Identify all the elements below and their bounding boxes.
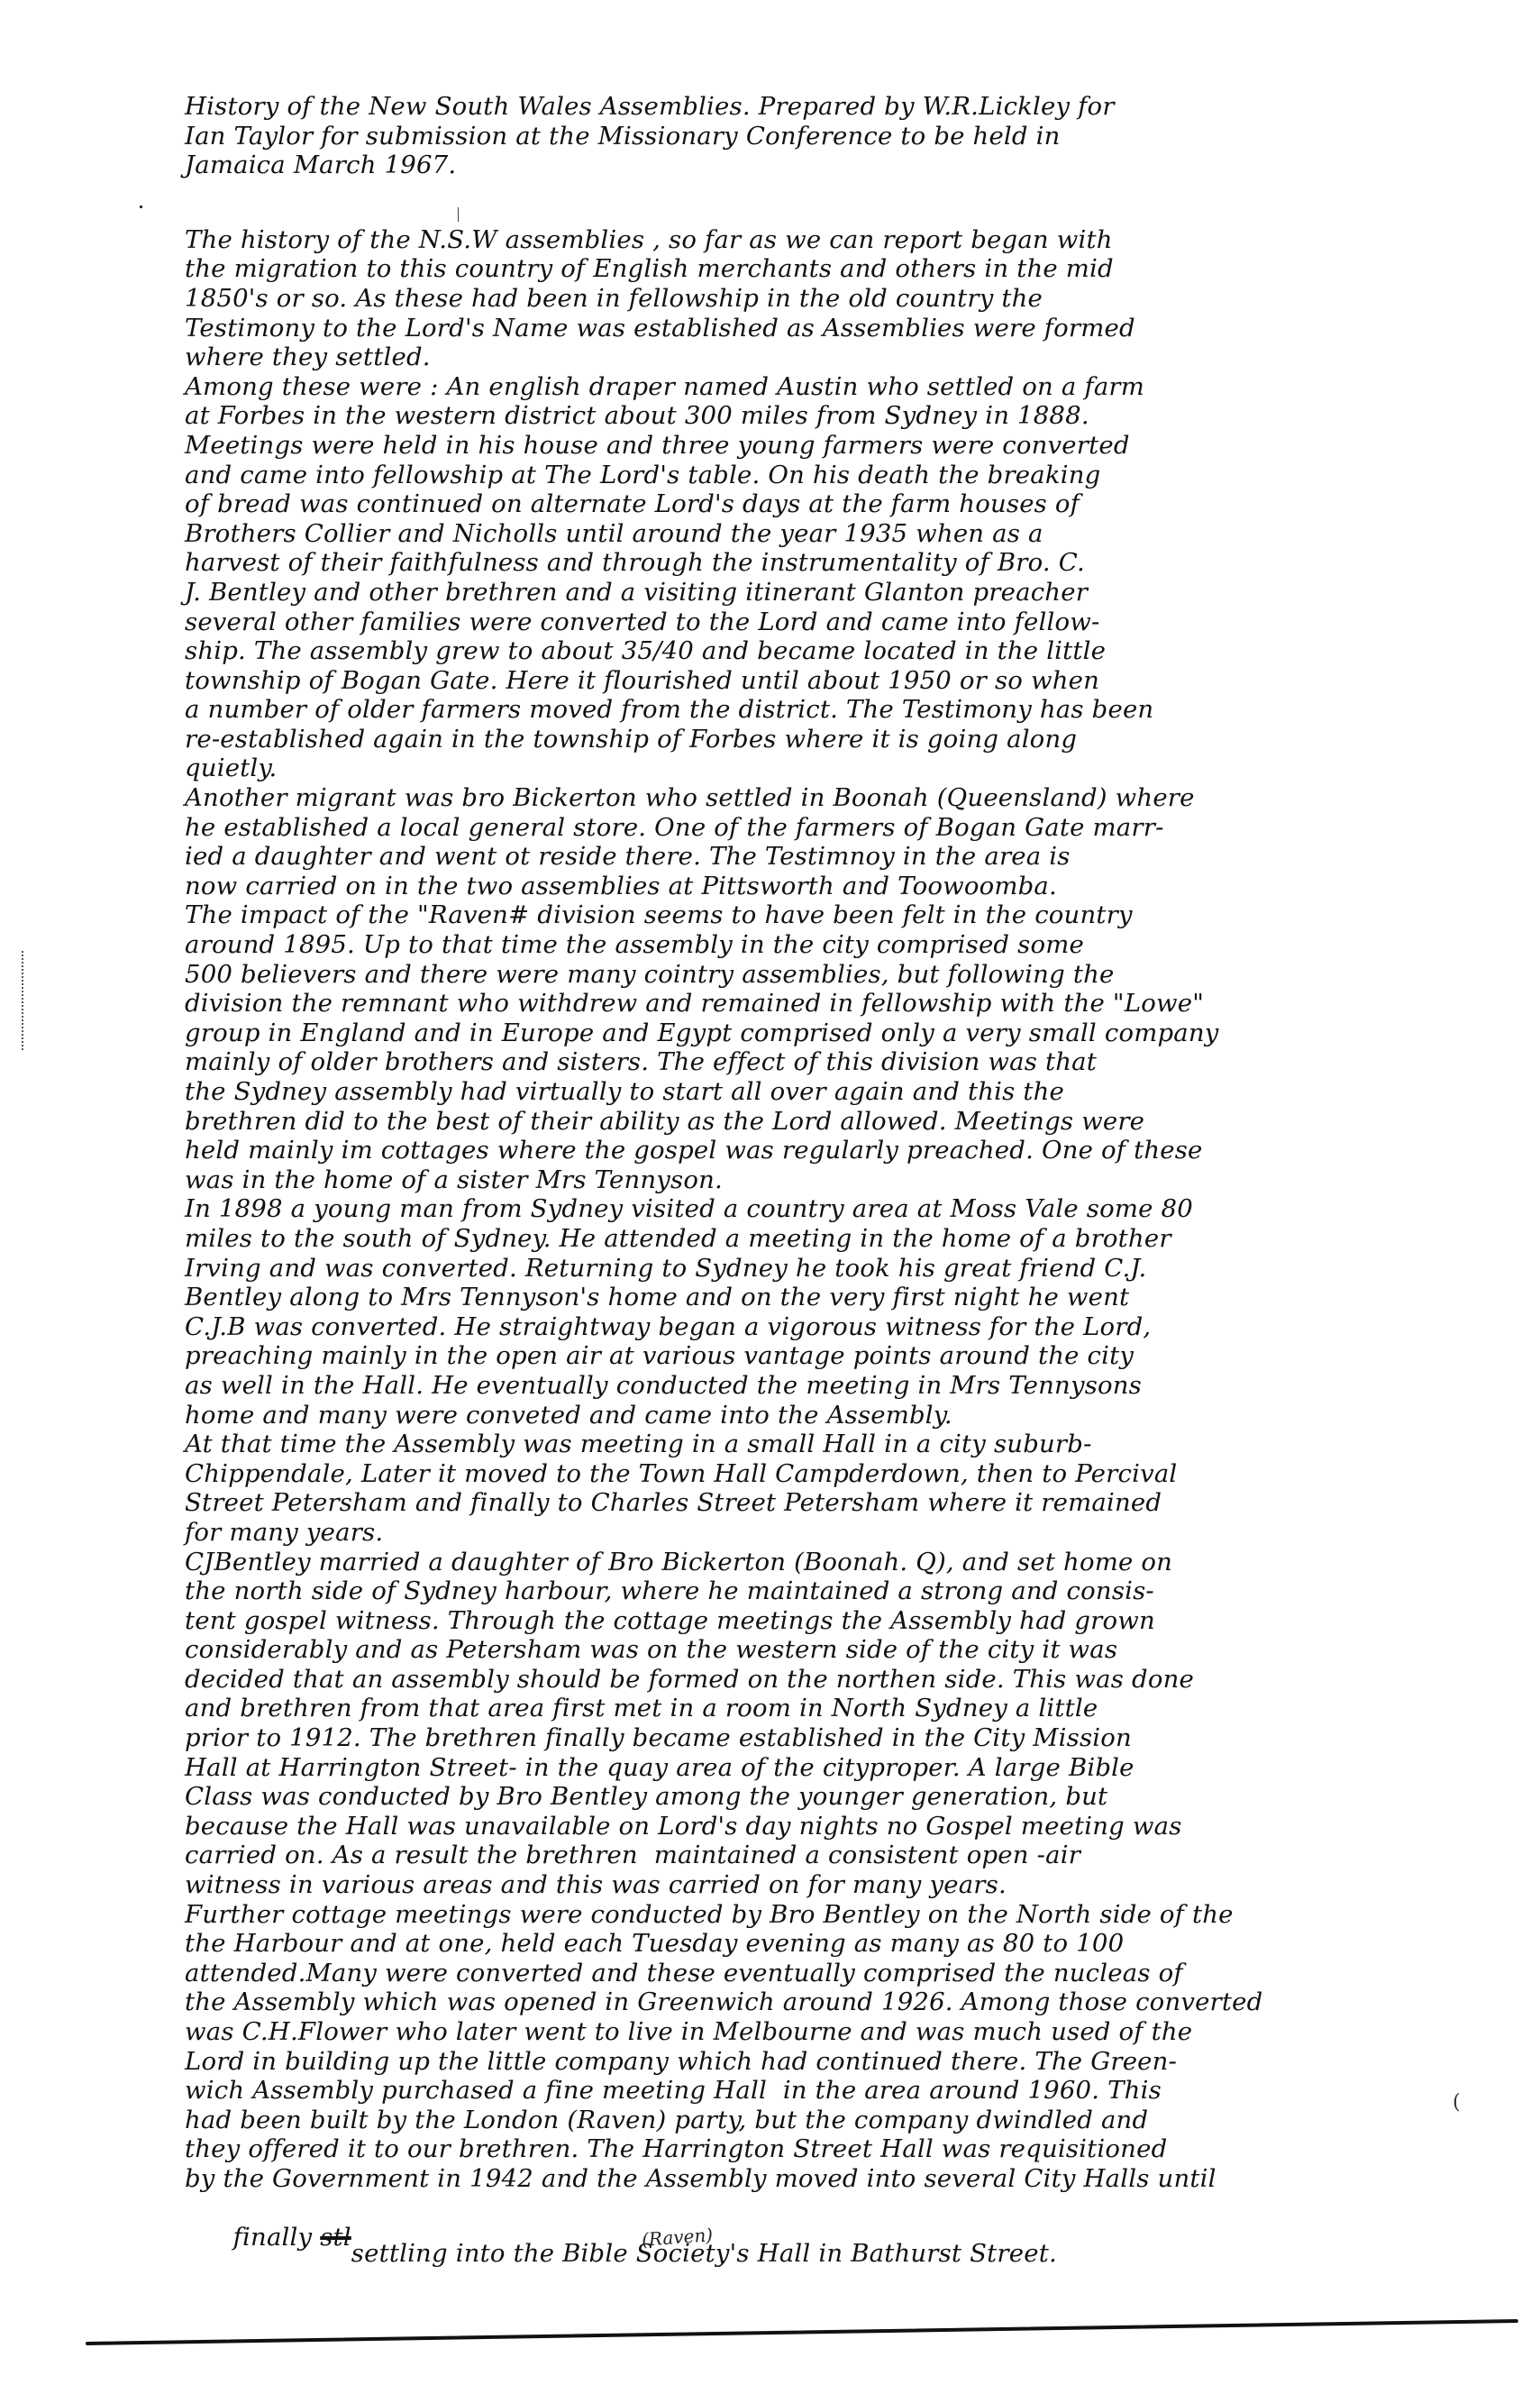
body-line: as well in the Hall. He eventually condu…: [185, 1371, 1464, 1401]
body-line: witness in various areas and this was ca…: [185, 1870, 1464, 1900]
body-line: Bentley along to Mrs Tennyson's home and…: [185, 1283, 1464, 1312]
body-line: the north side of Sydney harbour, where …: [185, 1576, 1464, 1606]
final-line: finally stlsettling into the Bible Socie…: [185, 2194, 1464, 2224]
body-line: held mainly im cottages where the gospel…: [185, 1136, 1464, 1165]
body-line: a number of older farmers moved from the…: [185, 695, 1464, 725]
body-line: several other families were converted to…: [185, 608, 1464, 637]
body-line: prior to 1912. The brethren finally beca…: [185, 1723, 1464, 1753]
body-line: because the Hall was unavailable on Lord…: [185, 1812, 1464, 1841]
body-line: where they settled.: [185, 343, 1464, 372]
body-line: Another migrant was bro Bickerton who se…: [185, 783, 1464, 813]
bottom-rule-line: [86, 2319, 1518, 2345]
body-line: Class was conducted by Bro Bentley among…: [185, 1782, 1464, 1812]
body-line: wich Assembly purchased a fine meeting H…: [185, 2076, 1464, 2106]
body-line: the Harbour and at one, held each Tuesda…: [185, 1929, 1464, 1959]
body-line: Testimony to the Lord's Name was establi…: [185, 314, 1464, 343]
body-line: Further cottage meetings were conducted …: [185, 1900, 1464, 1930]
body-line: re-established again in the township of …: [185, 725, 1464, 754]
body-line: CJBentley married a daughter of Bro Bick…: [185, 1548, 1464, 1577]
struck-out-word: stl: [320, 2223, 351, 2252]
body-line: The impact of the "Raven# division seems…: [185, 900, 1464, 930]
body-line: At that time the Assembly was meeting in…: [185, 1430, 1464, 1459]
body-line: around 1895. Up to that time the assembl…: [185, 930, 1464, 960]
body-line: he established a local general store. On…: [185, 813, 1464, 843]
body-line: 500 believers and there were many cointr…: [185, 960, 1464, 990]
final-line-start: finally: [233, 2223, 321, 2252]
heading-line: Ian Taylor for submission at the Mission…: [185, 122, 1464, 151]
body-line: In 1898 a young man from Sydney visited …: [185, 1194, 1464, 1224]
body-line: preaching mainly in the open air at vari…: [185, 1341, 1464, 1371]
paragraph-gap: [185, 180, 1464, 225]
document-heading: History of the New South Wales Assemblie…: [185, 92, 1464, 180]
body-line: 1850's or so. As these had been in fello…: [185, 284, 1464, 314]
body-line: now carried on in the two assemblies at …: [185, 872, 1464, 901]
body-line: the Sydney assembly had virtually to sta…: [185, 1077, 1464, 1107]
body-line: J. Bentley and other brethren and a visi…: [185, 578, 1464, 608]
body-line: brethren did to the best of their abilit…: [185, 1107, 1464, 1137]
body-line: the Assembly which was opened in Greenwi…: [185, 1987, 1464, 2017]
body-line: Meetings were held in his house and thre…: [185, 431, 1464, 461]
body-line: at Forbes in the western district about …: [185, 401, 1464, 431]
body-line: considerably and as Petersham was on the…: [185, 1635, 1464, 1665]
body-line: Street Petersham and finally to Charles …: [185, 1488, 1464, 1518]
body-line: by the Government in 1942 and the Assemb…: [185, 2164, 1464, 2194]
body-line: was C.H.Flower who later went to live in…: [185, 2017, 1464, 2047]
body-line: Chippendale, Later it moved to the Town …: [185, 1459, 1464, 1489]
body-line: and brethren from that area first met in…: [185, 1694, 1464, 1723]
body-line: C.J.B was converted. He straightway bega…: [185, 1312, 1464, 1342]
body-line: Lord in building up the little company w…: [185, 2047, 1464, 2077]
body-line: township of Bogan Gate. Here it flourish…: [185, 666, 1464, 696]
body-line: Hall at Harrington Street- in the quay a…: [185, 1753, 1464, 1783]
margin-mark: (: [1453, 2091, 1461, 2114]
body-line: home and many were conveted and came int…: [185, 1401, 1464, 1430]
body-line: quietly.: [185, 754, 1464, 783]
body-line: Irving and was converted. Returning to S…: [185, 1254, 1464, 1284]
body-line: and came into fellowship at The Lord's t…: [185, 461, 1464, 490]
body-line: ship. The assembly grew to about 35/40 a…: [185, 636, 1464, 666]
body-line: miles to the south of Sydney. He attende…: [185, 1224, 1464, 1254]
scan-speck: [140, 206, 142, 208]
body-line: ied a daughter and went ot reside there.…: [185, 842, 1464, 872]
body-line: carried on. As a result the brethren mai…: [185, 1841, 1464, 1870]
body-line: they offered it to our brethren. The Har…: [185, 2134, 1464, 2164]
typed-text-block: History of the New South Wales Assemblie…: [185, 92, 1464, 2223]
body-line: The history of the N.S.W assemblies , so…: [185, 225, 1464, 255]
body-line: tent gospel witness. Through the cottage…: [185, 1606, 1464, 1636]
body-line: was in the home of a sister Mrs Tennyson…: [185, 1165, 1464, 1195]
heading-line: Jamaica March 1967.: [185, 151, 1464, 180]
body-line: attended.Many were converted and these e…: [185, 1959, 1464, 1988]
heading-line: History of the New South Wales Assemblie…: [185, 92, 1464, 122]
document-body: The history of the N.S.W assemblies , so…: [185, 225, 1464, 2194]
scanned-page: History of the New South Wales Assemblie…: [0, 0, 1540, 2394]
body-line: decided that an assembly should be forme…: [185, 1665, 1464, 1695]
body-line: Brothers Collier and Nicholls until arou…: [185, 519, 1464, 549]
body-line: harvest of their faithfulness and throug…: [185, 548, 1464, 578]
margin-punch-marks: [22, 951, 25, 1050]
body-line: group in England and in Europe and Egypt…: [185, 1019, 1464, 1048]
body-line: had been built by the London (Raven) par…: [185, 2106, 1464, 2135]
body-line: the migration to this country of English…: [185, 254, 1464, 284]
body-line: mainly of older brothers and sisters. Th…: [185, 1047, 1464, 1077]
body-line: for many years.: [185, 1518, 1464, 1548]
body-line: division the remnant who withdrew and re…: [185, 989, 1464, 1019]
body-line: Among these were : An english draper nam…: [185, 372, 1464, 402]
body-line: of bread was continued on alternate Lord…: [185, 489, 1464, 519]
